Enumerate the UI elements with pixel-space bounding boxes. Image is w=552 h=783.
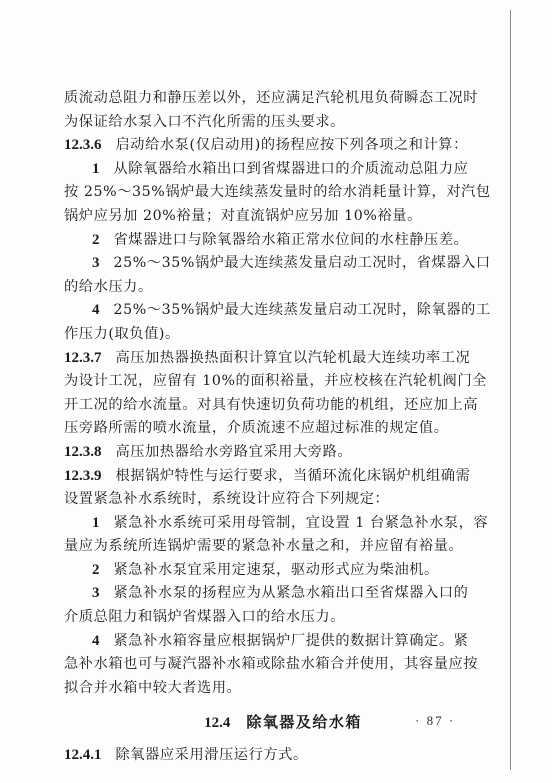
paragraph-line: 为保证给水泵入口不汽化所需的压头要求。 xyxy=(64,111,484,135)
paragraph-line: 质流动总阻力和静压差以外，还应满足汽轮机甩负荷瞬态工况时 xyxy=(64,87,484,111)
paragraph-line: 介质总阻力和锅炉省煤器入口的给水压力。 xyxy=(64,606,484,630)
list-item: 1从除氧器给水箱出口到省煤器进口的介质流动总阻力应 xyxy=(64,158,484,182)
clause-12-4-1: 12.4.1除氧器应采用滑压运行方式。 xyxy=(64,744,484,768)
clause-12-3-6: 12.3.6启动给水泵(仅启动用)的扬程应按下列各项之和计算： xyxy=(64,134,484,158)
item-text: 省煤器进口与除氧器给水箱正常水位间的水柱静压差。 xyxy=(114,232,469,248)
clause-12-3-9: 12.3.9根据锅炉特性与运行要求，当循环流化床锅炉机组确需 xyxy=(64,465,484,489)
clause-number: 12.3.8 xyxy=(64,444,102,460)
item-text: 从除氧器给水箱出口到省煤器进口的介质流动总阻力应 xyxy=(114,161,469,177)
document-page: 质流动总阻力和静压差以外，还应满足汽轮机甩负荷瞬态工况时 为保证给水泵入口不汽化… xyxy=(0,0,552,783)
list-item: 325%～35%锅炉最大连续蒸发量启动工况时，省煤器入口 xyxy=(64,252,484,276)
item-text: 紧急补水箱容量应根据锅炉厂提供的数据计算确定。紧 xyxy=(114,633,469,649)
paragraph-line: 按 25%～35%锅炉最大连续蒸发量时的给水消耗量计算，对汽包 xyxy=(64,181,484,205)
clause-text: 根据锅炉特性与运行要求，当循环流化床锅炉机组确需 xyxy=(116,468,471,484)
clause-12-3-8: 12.3.8高压加热器给水旁路宜采用大旁路。 xyxy=(64,441,484,465)
item-text: 紧急补水泵宜采用定速泵，驱动形式应为柴油机。 xyxy=(114,562,439,578)
list-item: 2省煤器进口与除氧器给水箱正常水位间的水柱静压差。 xyxy=(64,229,484,253)
page-number: · 87 · xyxy=(415,713,455,729)
clause-number: 12.3.7 xyxy=(64,350,102,366)
page-content: 质流动总阻力和静压差以外，还应满足汽轮机甩负荷瞬态工况时 为保证给水泵入口不汽化… xyxy=(64,87,484,768)
clause-12-3-7: 12.3.7高压加热器换热面积计算宜以汽轮机最大连续功率工况 xyxy=(64,347,484,371)
item-number: 2 xyxy=(92,232,100,248)
section-title: 除氧器及给水箱 xyxy=(246,713,362,731)
clause-number: 12.3.6 xyxy=(64,137,102,153)
item-text: 紧急补水泵的扬程应为从紧急水箱出口至省煤器入口的 xyxy=(114,585,469,601)
clause-text: 高压加热器给水旁路宜采用大旁路。 xyxy=(116,444,353,460)
paragraph-line: 的给水压力。 xyxy=(64,276,484,300)
item-text: 紧急补水系统可采用母管制，宜设置 1 台紧急补水泵，容 xyxy=(114,515,489,531)
item-number: 3 xyxy=(92,255,100,271)
item-number: 3 xyxy=(92,585,100,601)
item-number: 4 xyxy=(92,302,100,318)
item-number: 1 xyxy=(92,161,100,177)
paragraph-line: 拟合并水箱中较大者选用。 xyxy=(64,677,484,701)
section-number: 12.4 xyxy=(204,715,230,731)
paragraph-line: 压旁路所需的喷水流量，介质流速不应超过标准的规定值。 xyxy=(64,417,484,441)
clause-number: 12.3.9 xyxy=(64,468,102,484)
list-item: 425%～35%锅炉最大连续蒸发量启动工况时，除氧器的工 xyxy=(64,299,484,323)
page-binding-line xyxy=(510,10,511,770)
paragraph-line: 为设计工况，应留有 10%的面积裕量，并应校核在汽轮机阀门全 xyxy=(64,370,484,394)
paragraph-line: 设置紧急补水系统时，系统设计应符合下列规定： xyxy=(64,488,484,512)
item-number: 2 xyxy=(92,562,100,578)
list-item: 2紧急补水泵宜采用定速泵，驱动形式应为柴油机。 xyxy=(64,559,484,583)
clause-text: 高压加热器换热面积计算宜以汽轮机最大连续功率工况 xyxy=(116,350,471,366)
list-item: 1紧急补水系统可采用母管制，宜设置 1 台紧急补水泵，容 xyxy=(64,512,484,536)
paragraph-line: 量应为系统所连锅炉需要的紧急补水量之和，并应留有裕量。 xyxy=(64,535,484,559)
paragraph-line: 作压力(取负值)。 xyxy=(64,323,484,347)
clause-text: 除氧器应采用滑压运行方式。 xyxy=(116,747,308,763)
paragraph-line: 急补水箱也可与凝汽器补水箱或除盐水箱合并使用，其容量应按 xyxy=(64,653,484,677)
item-number: 1 xyxy=(92,515,100,531)
list-item: 3紧急补水泵的扬程应为从紧急水箱出口至省煤器入口的 xyxy=(64,582,484,606)
paragraph-line: 锅炉应另加 20%裕量；对直流锅炉应另加 10%裕量。 xyxy=(64,205,484,229)
item-text: 25%～35%锅炉最大连续蒸发量启动工况时，除氧器的工 xyxy=(114,302,491,318)
list-item: 4紧急补水箱容量应根据锅炉厂提供的数据计算确定。紧 xyxy=(64,630,484,654)
clause-number: 12.4.1 xyxy=(64,747,102,763)
item-number: 4 xyxy=(92,633,100,649)
paragraph-line: 开工况的给水流量。对具有快速切负荷功能的机组，还应加上高 xyxy=(64,394,484,418)
item-text: 25%～35%锅炉最大连续蒸发量启动工况时，省煤器入口 xyxy=(114,255,491,271)
clause-text: 启动给水泵(仅启动用)的扬程应按下列各项之和计算： xyxy=(116,137,468,153)
